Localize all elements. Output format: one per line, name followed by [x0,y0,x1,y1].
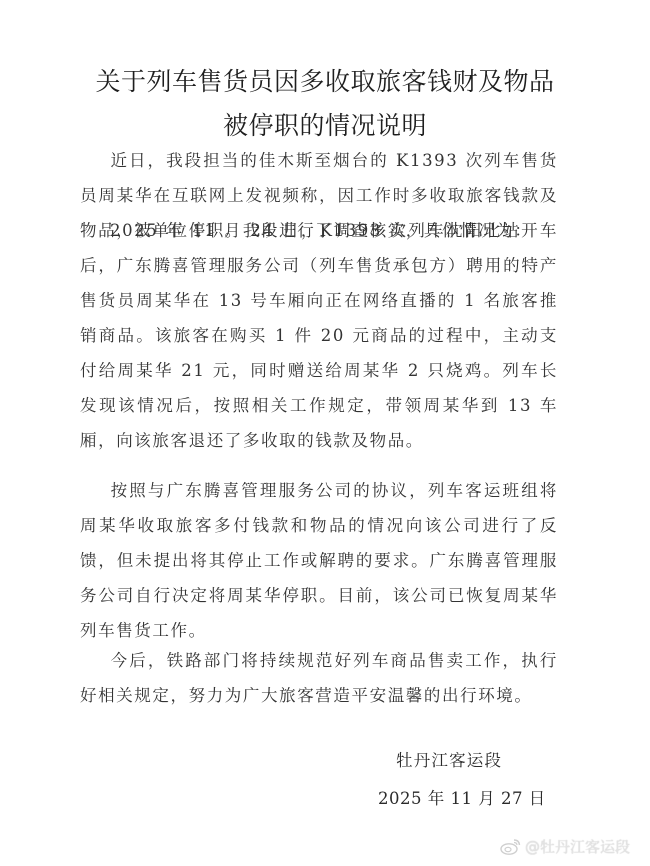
weibo-icon [500,838,522,855]
paragraph-closing: 今后，铁路部门将持续规范好列车商品售卖工作，执行好相关规定，努力为广大旅客营造平… [80,643,558,713]
paragraph-closing-text: 今后，铁路部门将持续规范好列车商品售卖工作，执行好相关规定，努力为广大旅客营造平… [80,651,558,705]
paragraph-agreement-text: 按照与广东腾喜管理服务公司的协议，列车客运班组将周某华收取旅客多付钱款和物品的情… [80,481,558,640]
paragraph-agreement: 按照与广东腾喜管理服务公司的协议，列车客运班组将周某华收取旅客多付钱款和物品的情… [80,473,558,648]
document-title-line-2: 被停职的情况说明 [0,106,650,142]
paragraph-incident-text: 2025 年 11 月 24 日，K1393 次列车沈阳北站开车后，广东腾喜管理… [80,221,558,450]
signature-date: 2025 年 11 月 27 日 [378,785,546,809]
watermark: @牡丹江客运段 [500,836,630,857]
document-title-line-1: 关于列车售货员因多收取旅客钱财及物品 [0,62,650,98]
paragraph-incident: 2025 年 11 月 24 日，K1393 次列车沈阳北站开车后，广东腾喜管理… [80,213,558,458]
signature-organization: 牡丹江客运段 [396,747,502,771]
watermark-text: @牡丹江客运段 [525,836,630,857]
